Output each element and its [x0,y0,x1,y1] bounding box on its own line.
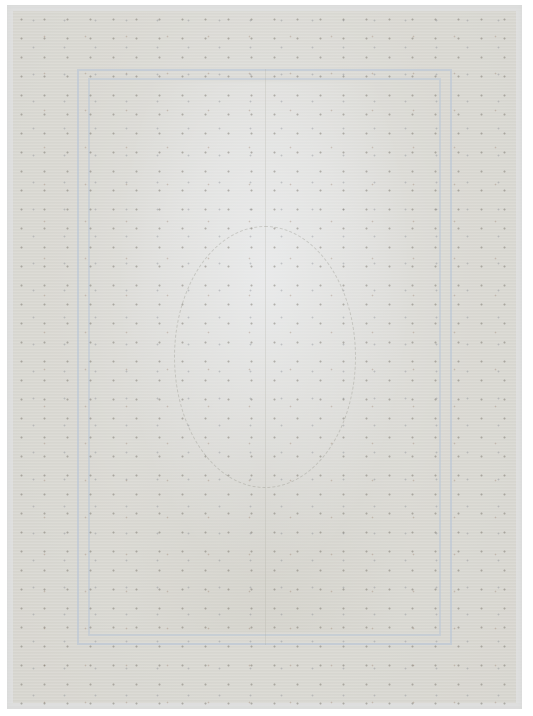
rug [7,5,522,709]
rug-motif-texture [7,5,522,709]
